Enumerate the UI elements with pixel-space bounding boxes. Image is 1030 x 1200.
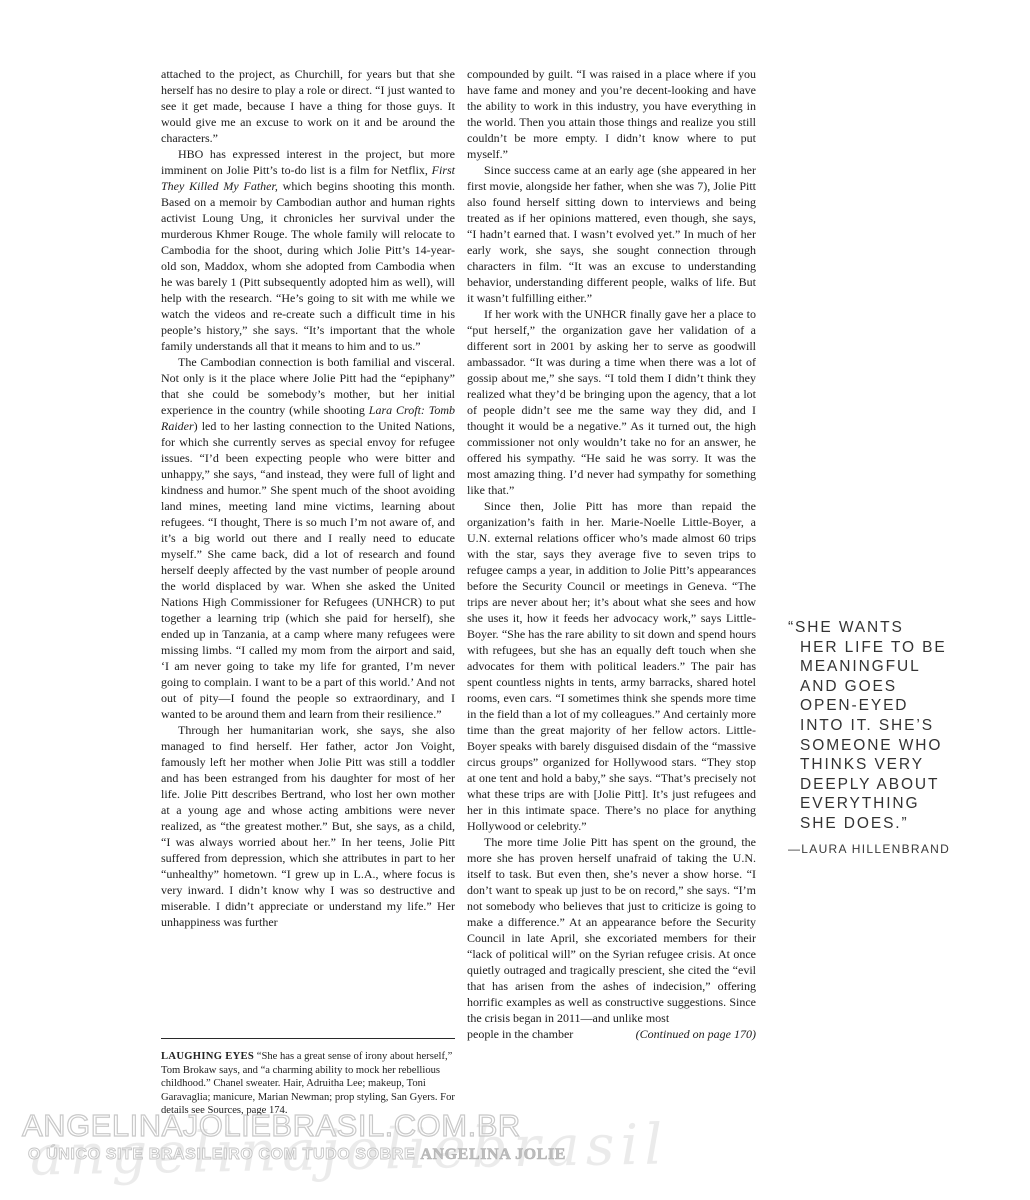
- caption-lead: LAUGHING EYES: [161, 1051, 254, 1062]
- body-text: Since success came at an early age (she …: [467, 163, 756, 305]
- left-column: attached to the project, as Churchill, f…: [161, 66, 455, 930]
- body-text: If her work with the UNHCR finally gave …: [467, 307, 756, 497]
- pull-quote-line: “SHE WANTS: [788, 618, 1008, 638]
- body-text: Since then, Jolie Pitt has more than rep…: [467, 499, 756, 833]
- watermark-tagline-brand: ANGELINA JOLIE: [420, 1146, 566, 1163]
- paragraph: Since then, Jolie Pitt has more than rep…: [467, 498, 756, 834]
- paragraph: If her work with the UNHCR finally gave …: [467, 306, 756, 498]
- pull-quote-attribution: —LAURA HILLENBRAND: [788, 842, 1008, 856]
- paragraph: The Cambodian connection is both familia…: [161, 354, 455, 722]
- paragraph: attached to the project, as Churchill, f…: [161, 66, 455, 146]
- pull-quote-line: MEANINGFUL: [788, 657, 1008, 677]
- watermark-tagline: O ÚNICO SITE BRASILEIRO COM TUDO SOBRE A…: [28, 1146, 566, 1164]
- pull-quote-line: AND GOES: [788, 677, 1008, 697]
- continued-line-text: people in the chamber: [467, 1026, 573, 1042]
- pull-quote-line: EVERYTHING: [788, 794, 1008, 814]
- caption-divider: [161, 1038, 455, 1039]
- pull-quote-line: DEEPLY ABOUT: [788, 775, 1008, 795]
- paragraph: The more time Jolie Pitt has spent on th…: [467, 834, 756, 1026]
- pull-quote-line: HER LIFE TO BE: [788, 638, 1008, 658]
- body-text: ) led to her lasting connection to the U…: [161, 419, 455, 721]
- watermark-script-signature: angelinajoliebrasil: [29, 1112, 668, 1188]
- body-text: HBO has expressed interest in the projec…: [161, 147, 455, 177]
- paragraph: compounded by guilt. “I was raised in a …: [467, 66, 756, 162]
- body-text: Through her humanitarian work, she says,…: [161, 723, 455, 929]
- pull-quote-line: OPEN-EYED: [788, 696, 1008, 716]
- paragraph: Since success came at an early age (she …: [467, 162, 756, 306]
- body-text: attached to the project, as Churchill, f…: [161, 67, 455, 145]
- pull-quote-line: INTO IT. SHE’S: [788, 716, 1008, 736]
- continued-line: people in the chamber (Continued on page…: [467, 1026, 756, 1042]
- pull-quote-line: SHE DOES.”: [788, 814, 1008, 834]
- right-column-paragraphs: compounded by guilt. “I was raised in a …: [467, 66, 756, 1026]
- body-text: compounded by guilt. “I was raised in a …: [467, 67, 756, 161]
- right-column: compounded by guilt. “I was raised in a …: [467, 66, 756, 1042]
- magazine-page: { "article": { "left_column": { "paragra…: [0, 0, 1030, 1200]
- pull-quote-lines: “SHE WANTSHER LIFE TO BEMEANINGFULAND GO…: [788, 618, 1008, 834]
- paragraph: Through her humanitarian work, she says,…: [161, 722, 455, 930]
- watermark-tagline-prefix: O ÚNICO SITE BRASILEIRO COM TUDO SOBRE: [28, 1146, 420, 1163]
- pull-quote-line: THINKS VERY: [788, 755, 1008, 775]
- caption-block: LAUGHING EYES “She has a great sense of …: [161, 1012, 455, 1118]
- pull-quote-line: SOMEONE WHO: [788, 736, 1008, 756]
- body-text: which begins shooting this month. Based …: [161, 179, 455, 353]
- pull-quote: “SHE WANTSHER LIFE TO BEMEANINGFULAND GO…: [788, 618, 1008, 856]
- body-text: The more time Jolie Pitt has spent on th…: [467, 835, 756, 1025]
- paragraph: HBO has expressed interest in the projec…: [161, 146, 455, 354]
- photo-caption: LAUGHING EYES “She has a great sense of …: [161, 1050, 455, 1118]
- continued-note: (Continued on page 170): [636, 1026, 756, 1042]
